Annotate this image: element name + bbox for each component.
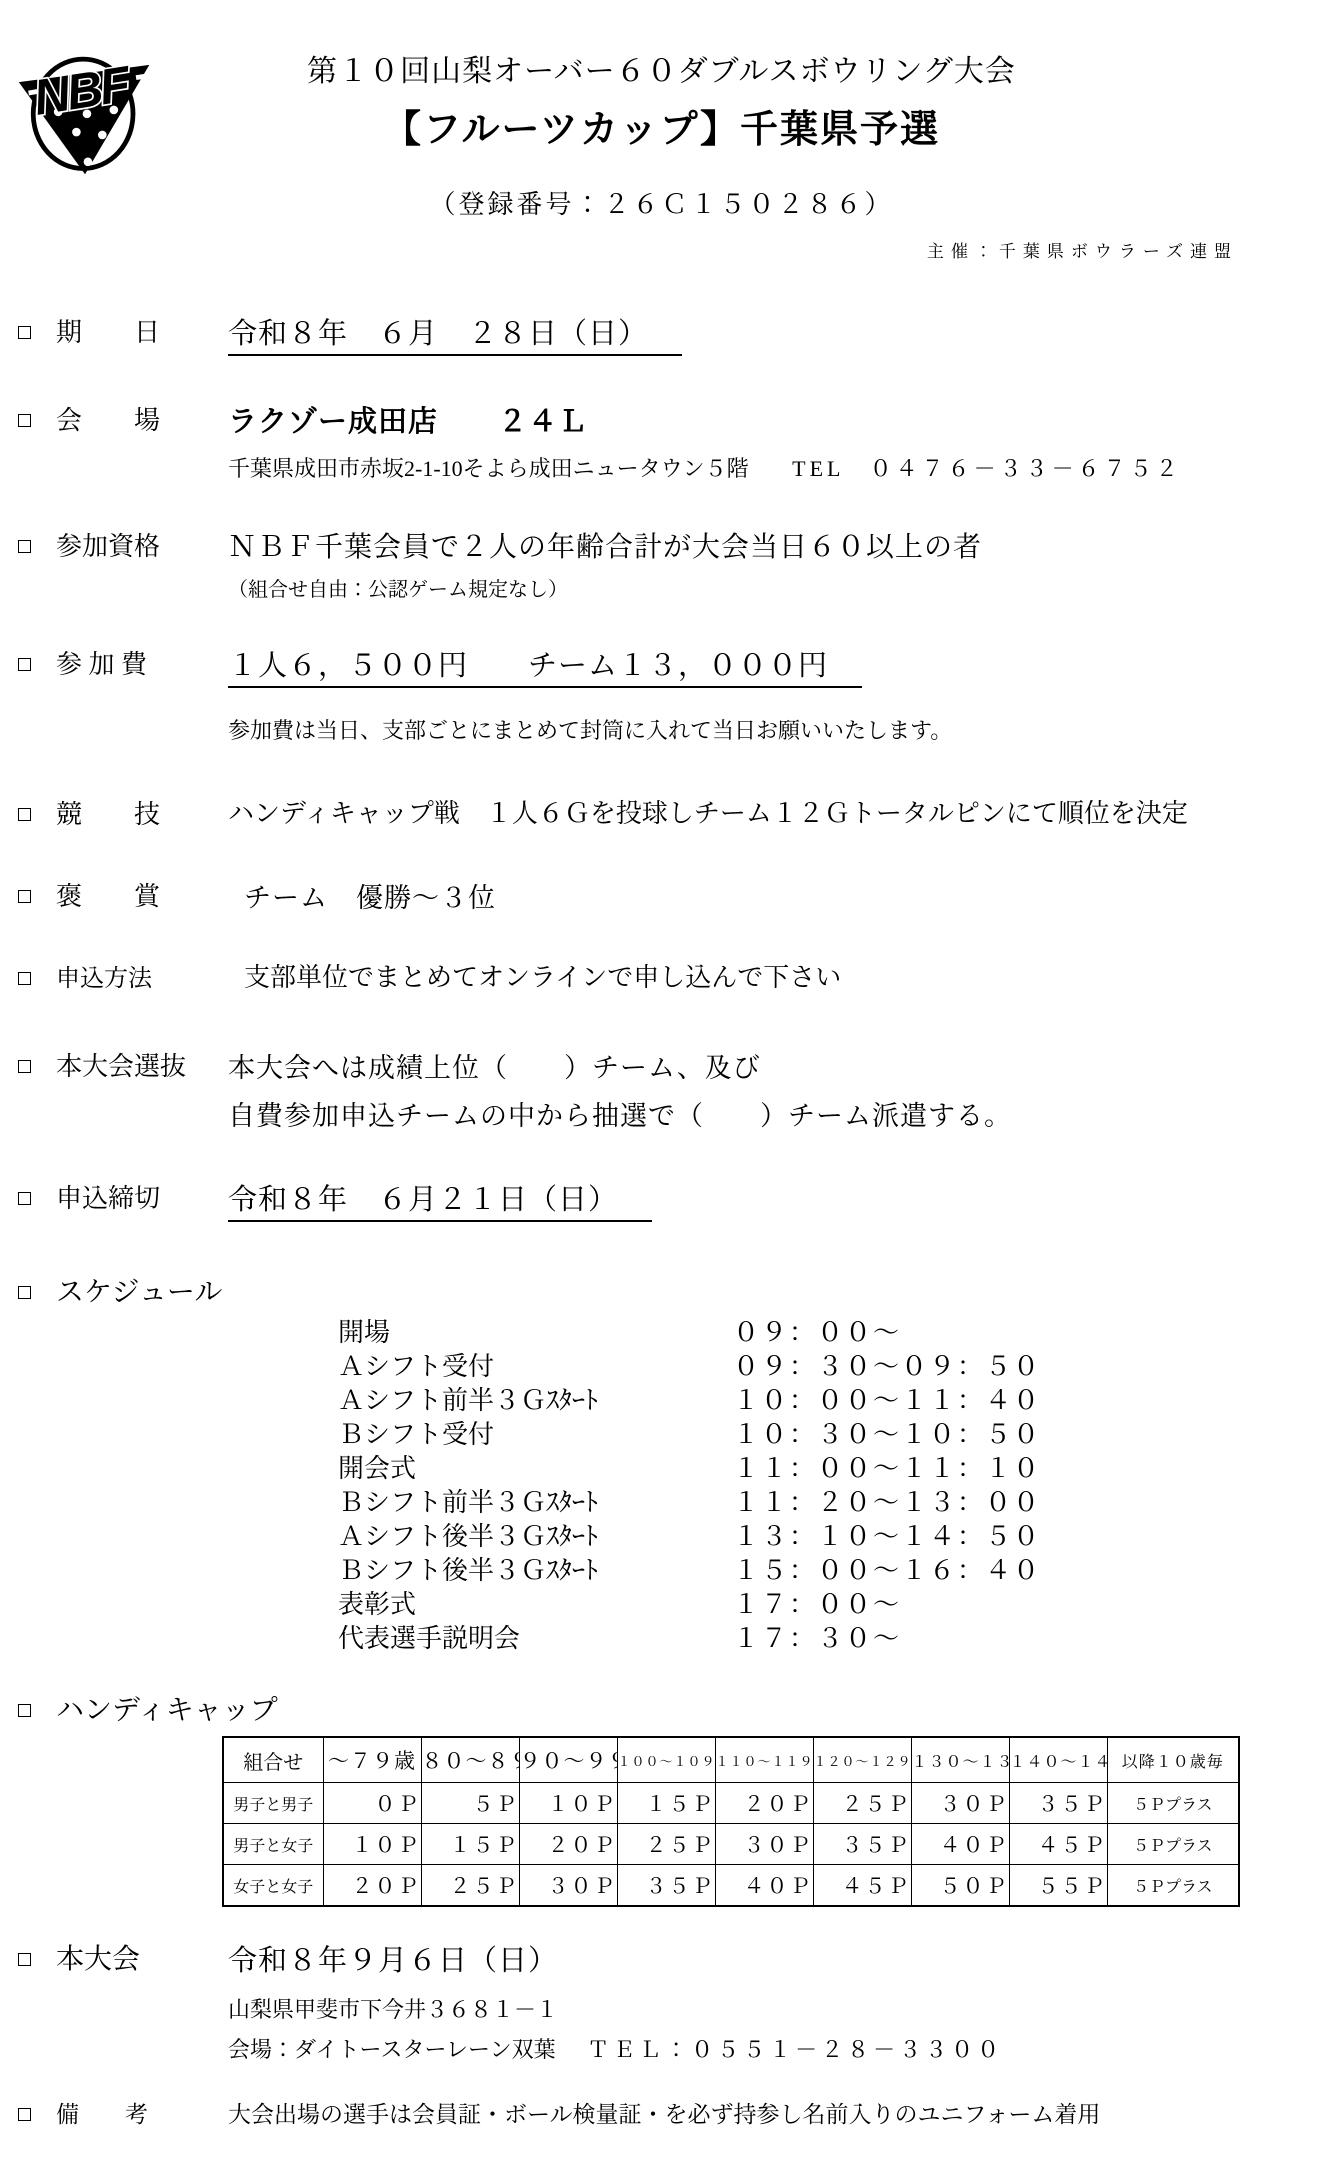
handicap-header-cell: 以降１０歳毎 [1107, 1737, 1239, 1783]
checkbox-bullet-icon [18, 890, 31, 903]
handicap-value: ４５Ｐ [1009, 1824, 1107, 1865]
pin-dot [98, 131, 107, 140]
schedule-time: １７：００～ [733, 1588, 901, 1622]
handicap-value: ４５Ｐ [813, 1865, 911, 1907]
section-label-remarks: 備 考 [56, 2099, 228, 2131]
section-label-schedule: スケジュール [56, 1274, 222, 1312]
schedule-time: １０：３０～１０：５０ [733, 1418, 1041, 1452]
handicap-header-cell: １４０～１４９ [1009, 1737, 1107, 1783]
schedule-row: Ｂシフト後半３Ｇｽﾀｰﾄ１５：００～１６：４０ [338, 1554, 1323, 1588]
schedule-time: ０９：３０～０９：５０ [733, 1350, 1041, 1384]
handicap-value: １０Ｐ [519, 1783, 617, 1824]
logo-nbf-text: NBF [30, 55, 136, 126]
handicap-value: ３５Ｐ [617, 1865, 715, 1907]
section-competition: 競 技 ハンディキャップ戦 １人６Ｇを投球しチーム１２Ｇトータルピンにて順位を決… [0, 796, 1323, 834]
schedule-event: 開場 [338, 1316, 733, 1350]
handicap-value: ５５Ｐ [1009, 1865, 1107, 1907]
pin-dot [72, 128, 81, 137]
handicap-value: ５０Ｐ [911, 1865, 1009, 1907]
handicap-row-men-men: 男子と男子 ０Ｐ ５Ｐ １０Ｐ １５Ｐ ２０Ｐ ２５Ｐ ３０Ｐ ３５Ｐ ５Ｐプラ… [223, 1783, 1239, 1824]
section-label-application: 申込方法 [56, 960, 228, 998]
section-label-competition: 競 技 [56, 796, 228, 834]
document-page: NBF 第１０回山梨オーバー６０ダブルスボウリング大会 【フルーツカップ】千葉県… [0, 0, 1323, 2158]
deadline-value: 令和８年 ６月２１日（日） [228, 1180, 652, 1222]
section-label-finals: 本大会 [56, 1941, 228, 1979]
section-eligibility: 参加資格 ＮＢＦ千葉会員で２人の年齢合計が大会当日６０以上の者 （組合せ自由：公… [0, 528, 1323, 604]
schedule-time: １７：３０～ [733, 1622, 901, 1656]
handicap-header-row: 組合せ ～７９歳 ８０～８９ ９０～９９ １００～１０９ １１０～１１９ １２０… [223, 1737, 1239, 1783]
schedule-time: １１：２０～１３：００ [733, 1486, 1041, 1520]
prize-value: チーム 優勝～３位 [228, 878, 1323, 918]
section-handicap: ハンディキャップ [0, 1692, 1323, 1730]
handicap-header-cell: １２０～１２９ [813, 1737, 911, 1783]
event-subtitle: 【フルーツカップ】千葉県予選 [0, 106, 1323, 154]
schedule-time: １１：００～１１：１０ [733, 1452, 1041, 1486]
schedule-event: 開会式 [338, 1452, 733, 1486]
venue-address: 千葉県成田市赤坂2-1-10そよら成田ニュータウン５階 [228, 456, 749, 481]
fee-note: 参加費は当日、支部ごとにまとめて封筒に入れて当日お願いいたします。 [228, 716, 1323, 746]
section-venue: 会 場 ラクゾー成田店 ２４Ｌ 千葉県成田市赤坂2-1-10そよら成田ニュータウ… [0, 402, 1323, 484]
section-label-deadline: 申込締切 [56, 1180, 228, 1218]
finals-date: 令和８年９月６日（日） [228, 1941, 1323, 1981]
schedule-row: Ａシフト前半３Ｇｽﾀｰﾄ１０：００～１１：４０ [338, 1384, 1323, 1418]
handicap-table: 組合せ ～７９歳 ８０～８９ ９０～９９ １００～１０９ １１０～１１９ １２０… [222, 1736, 1240, 1907]
schedule-row: 開場０９：００～ [338, 1316, 1323, 1350]
schedule-event: Ｂシフト受付 [338, 1418, 733, 1452]
handicap-value: ０Ｐ [323, 1783, 421, 1824]
handicap-value: １０Ｐ [323, 1824, 421, 1865]
checkbox-bullet-icon [18, 1704, 31, 1717]
handicap-value: ３０Ｐ [519, 1865, 617, 1907]
venue-address-line: 千葉県成田市赤坂2-1-10そよら成田ニュータウン５階 TEL ０４７６－３３－… [228, 454, 1323, 484]
handicap-header-cell: 組合せ [223, 1737, 323, 1783]
application-value: 支部単位でまとめてオンラインで申し込んで下さい [228, 960, 1323, 996]
section-deadline: 申込締切 令和８年 ６月２１日（日） [0, 1180, 1323, 1222]
schedule-row: 表彰式１７：００～ [338, 1588, 1323, 1622]
handicap-value: ４０Ｐ [715, 1865, 813, 1907]
handicap-value: ３５Ｐ [813, 1824, 911, 1865]
nbf-logo: NBF [15, 34, 157, 184]
selection-line2: 自費参加申込チームの中から抽選で（ ）チーム派遣する。 [228, 1096, 1323, 1136]
handicap-row-label: 男子と女子 [223, 1824, 323, 1865]
handicap-value: ２０Ｐ [323, 1865, 421, 1907]
handicap-value: ２５Ｐ [813, 1783, 911, 1824]
schedule-time: ０９：００～ [733, 1316, 901, 1350]
schedule-event: Ｂシフト前半３Ｇｽﾀｰﾄ [338, 1486, 733, 1520]
checkbox-bullet-icon [18, 1953, 31, 1966]
handicap-value: ４０Ｐ [911, 1824, 1009, 1865]
handicap-header-cell: １３０～１３９ [911, 1737, 1009, 1783]
schedule-event: Ａシフト後半３Ｇｽﾀｰﾄ [338, 1520, 733, 1554]
schedule-row: Ｂシフト前半３Ｇｽﾀｰﾄ１１：２０～１３：００ [338, 1486, 1323, 1520]
section-label-date: 期 日 [56, 314, 228, 352]
checkbox-bullet-icon [18, 414, 31, 427]
handicap-row-men-women: 男子と女子 １０Ｐ １５Ｐ ２０Ｐ ２５Ｐ ３０Ｐ ３５Ｐ ４０Ｐ ４５Ｐ ５Ｐ… [223, 1824, 1239, 1865]
checkbox-bullet-icon [18, 658, 31, 671]
eligibility-note: （組合せ自由：公認ゲーム規定なし） [228, 576, 1323, 604]
competition-value: ハンディキャップ戦 １人６Ｇを投球しチーム１２Ｇトータルピンにて順位を決定 [228, 796, 1323, 832]
handicap-row-label: 男子と男子 [223, 1783, 323, 1824]
schedule-time: １０：００～１１：４０ [733, 1384, 1041, 1418]
schedule-row: Ｂシフト受付１０：３０～１０：５０ [338, 1418, 1323, 1452]
handicap-value: ５Ｐ [421, 1783, 519, 1824]
handicap-value: ３５Ｐ [1009, 1783, 1107, 1824]
handicap-header-cell: ８０～８９ [421, 1737, 519, 1783]
handicap-header-cell: ９０～９９ [519, 1737, 617, 1783]
handicap-value: ２０Ｐ [519, 1824, 617, 1865]
checkbox-bullet-icon [18, 2108, 31, 2121]
schedule-row: Ａシフト受付０９：３０～０９：５０ [338, 1350, 1323, 1384]
checkbox-bullet-icon [18, 1192, 31, 1205]
schedule-row: Ａシフト後半３Ｇｽﾀｰﾄ１３：１０～１４：５０ [338, 1520, 1323, 1554]
schedule-event: Ａシフト受付 [338, 1350, 733, 1384]
handicap-row-label: 女子と女子 [223, 1865, 323, 1907]
section-label-selection: 本大会選抜 [56, 1048, 228, 1086]
section-date: 期 日 令和８年 ６月 ２８日（日） [0, 314, 1323, 356]
checkbox-bullet-icon [18, 808, 31, 821]
selection-line1: 本大会へは成績上位（ ）チーム、及び [228, 1048, 1323, 1088]
checkbox-bullet-icon [18, 972, 31, 985]
section-finals: 本大会 令和８年９月６日（日） 山梨県甲斐市下今井３６８１－１ 会場：ダイトース… [0, 1941, 1323, 2065]
section-label-eligibility: 参加資格 [56, 528, 228, 566]
tournament-title: 第１０回山梨オーバー６０ダブルスボウリング大会 [0, 0, 1323, 92]
checkbox-bullet-icon [18, 326, 31, 339]
handicap-value: １５Ｐ [421, 1824, 519, 1865]
finals-address: 山梨県甲斐市下今井３６８１－１ [228, 1995, 1323, 2025]
section-label-handicap: ハンディキャップ [56, 1692, 278, 1730]
registration-number: （登録番号：２６Ｃ１５０２８６） [0, 188, 1323, 222]
schedule-event: Ｂシフト後半３Ｇｽﾀｰﾄ [338, 1554, 733, 1588]
section-application: 申込方法 支部単位でまとめてオンラインで申し込んで下さい [0, 960, 1323, 998]
venue-name: ラクゾー成田店 ２４Ｌ [228, 402, 1323, 442]
schedule-row: 開会式１１：００～１１：１０ [338, 1452, 1323, 1486]
handicap-value: ５Ｐプラス [1107, 1824, 1239, 1865]
schedule-event: 表彰式 [338, 1588, 733, 1622]
section-fee: 参 加 費 １人６，５００円 チーム１３，０００円 参加費は当日、支部ごとにまと… [0, 646, 1323, 746]
date-value: 令和８年 ６月 ２８日（日） [228, 314, 682, 356]
handicap-header-cell: １００～１０９ [617, 1737, 715, 1783]
schedule-list: 開場０９：００～ Ａシフト受付０９：３０～０９：５０ Ａシフト前半３Ｇｽﾀｰﾄ１… [338, 1316, 1323, 1656]
finals-venue: 会場：ダイトースターレーン双葉 [228, 2037, 556, 2062]
schedule-time: １３：１０～１４：５０ [733, 1520, 1041, 1554]
checkbox-bullet-icon [18, 540, 31, 553]
schedule-time: １５：００～１６：４０ [733, 1554, 1041, 1588]
handicap-value: ５Ｐプラス [1107, 1783, 1239, 1824]
handicap-value: １５Ｐ [617, 1783, 715, 1824]
section-label-prize: 褒 賞 [56, 878, 228, 916]
venue-tel: TEL ０４７６－３３－６７５２ [792, 456, 1182, 481]
handicap-row-women-women: 女子と女子 ２０Ｐ ２５Ｐ ３０Ｐ ３５Ｐ ４０Ｐ ４５Ｐ ５０Ｐ ５５Ｐ ５Ｐ… [223, 1865, 1239, 1907]
pin-dot [84, 157, 93, 166]
fee-value: １人６，５００円 チーム１３，０００円 [228, 646, 862, 688]
handicap-header-cell: ～７９歳 [323, 1737, 421, 1783]
checkbox-bullet-icon [18, 1060, 31, 1073]
finals-venue-line: 会場：ダイトースターレーン双葉 ＴＥＬ：０５５１－２８－３３００ [228, 2035, 1323, 2065]
organizer-line: 主催：千葉県ボウラーズ連盟 [0, 240, 1323, 264]
handicap-value: ２０Ｐ [715, 1783, 813, 1824]
section-remarks: 備 考 大会出場の選手は会員証・ボール検量証・を必ず持参し名前入りのユニフォーム… [0, 2099, 1323, 2131]
handicap-value: ５Ｐプラス [1107, 1865, 1239, 1907]
schedule-event: 代表選手説明会 [338, 1622, 733, 1656]
handicap-header-cell: １１０～１１９ [715, 1737, 813, 1783]
handicap-value: ３０Ｐ [911, 1783, 1009, 1824]
finals-tel: ＴＥＬ：０５５１－２８－３３００ [587, 2037, 1003, 2062]
section-selection: 本大会選抜 本大会へは成績上位（ ）チーム、及び 自費参加申込チームの中から抽選… [0, 1048, 1323, 1136]
section-label-fee: 参 加 費 [56, 646, 228, 684]
eligibility-value: ＮＢＦ千葉会員で２人の年齢合計が大会当日６０以上の者 [228, 528, 1323, 568]
checkbox-bullet-icon [18, 1286, 31, 1299]
remarks-value: 大会出場の選手は会員証・ボール検量証・を必ず持参し名前入りのユニフォーム着用 [228, 2099, 1323, 2131]
schedule-event: Ａシフト前半３Ｇｽﾀｰﾄ [338, 1384, 733, 1418]
handicap-value: ２５Ｐ [421, 1865, 519, 1907]
section-label-venue: 会 場 [56, 402, 228, 440]
section-schedule: スケジュール [0, 1274, 1323, 1312]
handicap-value: ２５Ｐ [617, 1824, 715, 1865]
schedule-row: 代表選手説明会１７：３０～ [338, 1622, 1323, 1656]
handicap-value: ３０Ｐ [715, 1824, 813, 1865]
section-prize: 褒 賞 チーム 優勝～３位 [0, 878, 1323, 918]
